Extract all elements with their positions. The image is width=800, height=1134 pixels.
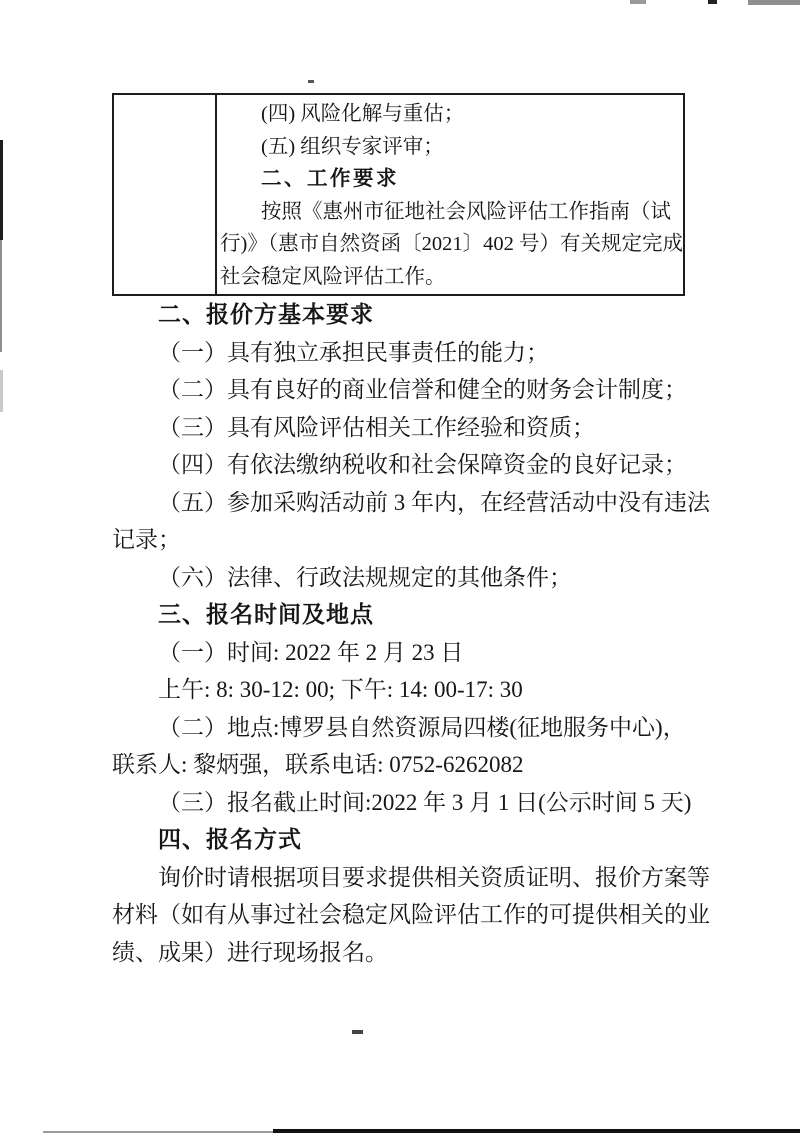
section3-time: （一）时间: 2022 年 2 月 23 日 xyxy=(112,634,698,672)
scan-artifact-bottom-line-gray xyxy=(43,1131,273,1133)
cell-line-guideline-2: 行)》（惠市自然资函〔2021〕402 号）有关规定完成 xyxy=(220,228,681,261)
section2-heading: 二、报价方基本要求 xyxy=(112,296,698,334)
scan-artifact-left-edge-gray xyxy=(0,240,2,352)
cell-line-risk-resolution: (四) 风险化解与重估； xyxy=(220,98,681,131)
scan-artifact-ink-dot-2 xyxy=(356,305,361,308)
section4-para-line2: 材料（如有从事过社会稳定风险评估工作的可提供相关的业 xyxy=(112,896,698,934)
section2-item4: （四）有依法缴纳税收和社会保障资金的良好记录； xyxy=(112,446,698,484)
requirements-table: (四) 风险化解与重估； (五) 组织专家评审； 二、工作要求 按照《惠州市征地… xyxy=(112,93,685,296)
section2-item6: （六）法律、行政法规规定的其他条件； xyxy=(112,559,698,597)
document-body: 二、报价方基本要求 （一）具有独立承担民事责任的能力； （二）具有良好的商业信誉… xyxy=(112,296,698,971)
section3-time-detail: 上午: 8: 30-12: 00; 下午: 14: 00-17: 30 xyxy=(112,671,698,709)
section4-para-line3: 绩、成果）进行现场报名。 xyxy=(112,934,698,972)
scan-artifact-left-edge-faint xyxy=(0,370,3,412)
section3-place-line2: 联系人: 黎炳强，联系电话: 0752-6262082 xyxy=(112,746,698,784)
table-empty-column xyxy=(114,95,217,294)
section2-item1: （一）具有独立承担民事责任的能力； xyxy=(112,334,698,372)
section3-deadline: （三）报名截止时间:2022 年 3 月 1 日(公示时间 5 天) xyxy=(112,784,698,822)
section2-item5-line2: 记录； xyxy=(112,521,698,559)
section4-para-line1: 询价时请根据项目要求提供相关资质证明、报价方案等 xyxy=(112,859,698,897)
scan-artifact-left-edge-dark xyxy=(0,140,3,240)
section2-item3: （三）具有风险评估相关工作经验和资质； xyxy=(112,409,698,447)
scan-artifact-top-smudge xyxy=(630,0,646,4)
scan-artifact-top-dot xyxy=(708,0,717,4)
scan-artifact-ink-dot-3 xyxy=(352,1030,363,1034)
cell-line-guideline-3: 社会稳定风险评估工作。 xyxy=(220,261,681,294)
scan-artifact-bottom-line-black xyxy=(273,1129,800,1133)
scan-artifact-ink-dot-1 xyxy=(308,80,314,83)
scan-artifact-top-bar xyxy=(748,0,800,5)
section2-item2: （二）具有良好的商业信誉和健全的财务会计制度； xyxy=(112,371,698,409)
table-content-cell: (四) 风险化解与重估； (五) 组织专家评审； 二、工作要求 按照《惠州市征地… xyxy=(217,95,683,294)
scanned-document-page: (四) 风险化解与重估； (五) 组织专家评审； 二、工作要求 按照《惠州市征地… xyxy=(0,0,800,1134)
section3-heading: 三、报名时间及地点 xyxy=(112,596,698,634)
section4-heading: 四、报名方式 xyxy=(112,821,698,859)
cell-line-guideline-1: 按照《惠州市征地社会风险评估工作指南（试 xyxy=(220,196,681,229)
section2-item5-line1: （五）参加采购活动前 3 年内，在经营活动中没有违法 xyxy=(112,484,698,522)
cell-line-expert-review: (五) 组织专家评审； xyxy=(220,131,681,164)
section3-place-line1: （二）地点:博罗县自然资源局四楼(征地服务中心)， xyxy=(112,709,698,747)
cell-heading-work-requirements: 二、工作要求 xyxy=(220,163,681,196)
